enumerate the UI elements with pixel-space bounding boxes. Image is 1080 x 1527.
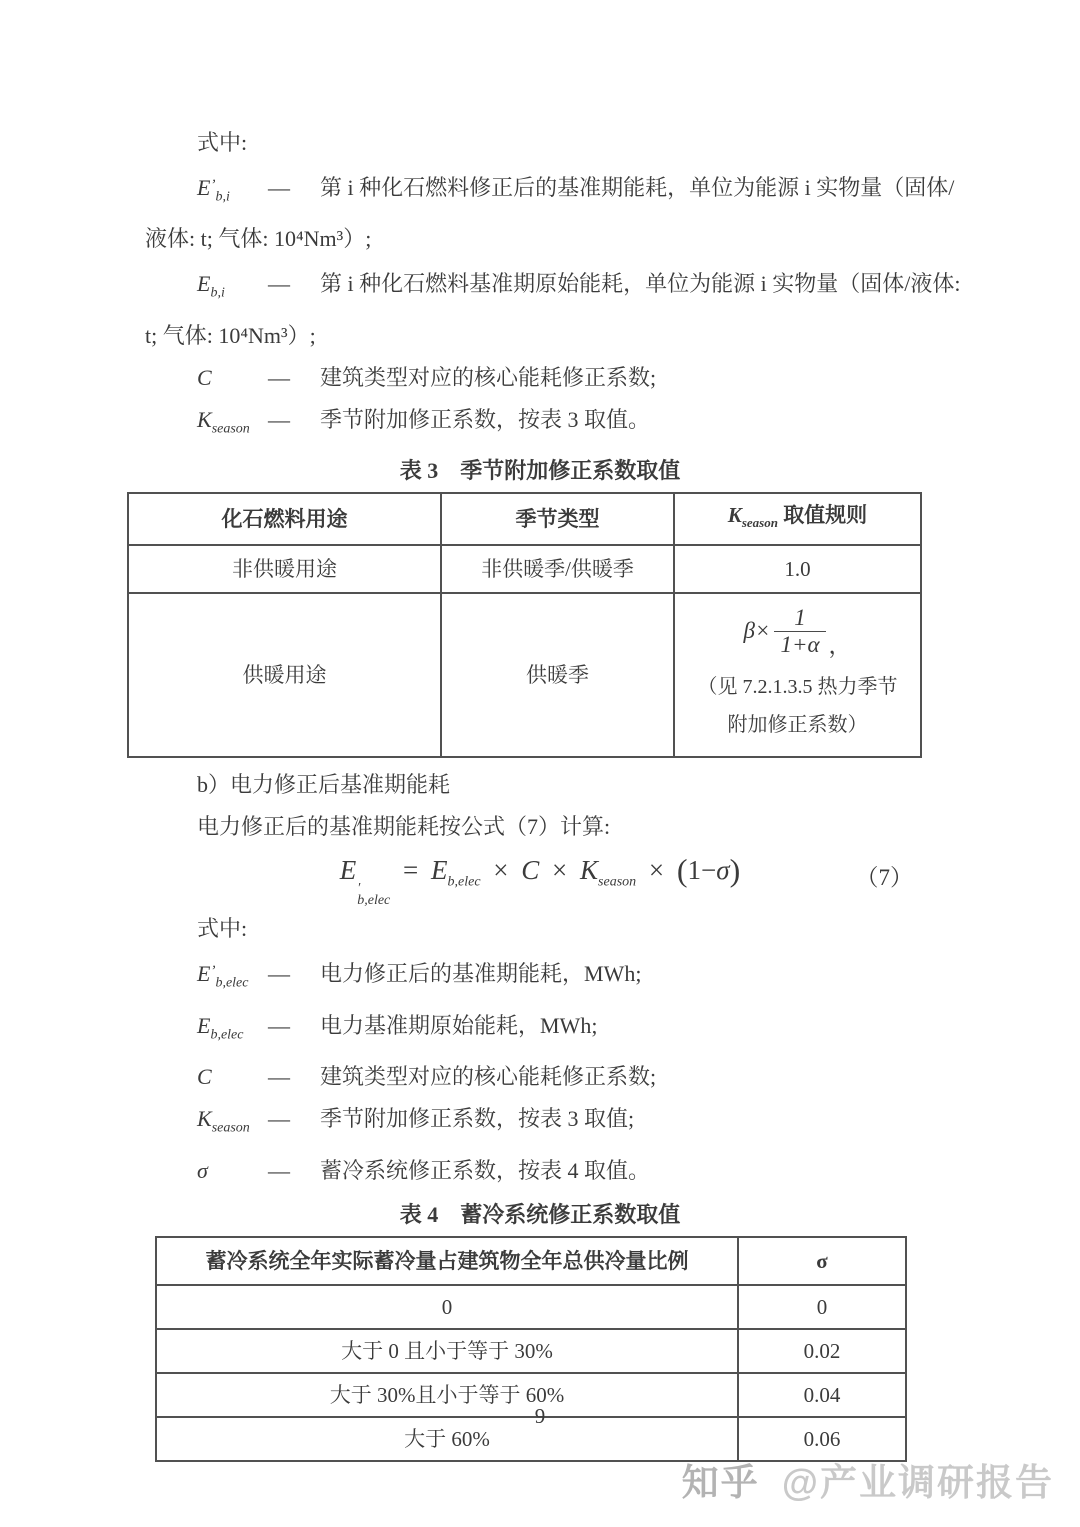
- symbol-e-prime-bi: E’b,i: [197, 164, 268, 218]
- cell-kseason-formula: β× 1 1+α ， （见 7.2.1.3.5 热力季节附加修正系数）: [674, 593, 921, 757]
- cell-ratio: 0: [156, 1285, 738, 1329]
- cell-ratio: 大于 0 且小于等于 30%: [156, 1329, 738, 1373]
- cell-fuel-use: 供暖用途: [128, 593, 441, 757]
- symbol-kseason: Kseason: [197, 1098, 268, 1149]
- formula7-intro: 电力修正后的基准期能耗按公式（7）计算:: [145, 806, 935, 848]
- where-clause-label-2: 式中:: [145, 908, 935, 950]
- table4-row-zero: 0 0: [156, 1285, 906, 1329]
- symbol-base: K: [197, 407, 212, 432]
- definition-dash: —: [268, 1150, 320, 1192]
- symbol-kseason: Kseason: [197, 399, 268, 450]
- definition-row-e-belec: Eb,elec — 电力基准期原始能耗，MWh;: [145, 1005, 935, 1056]
- table3-header-season-type: 季节类型: [441, 493, 674, 545]
- cell-season-type: 非供暖季/供暖季: [441, 545, 674, 593]
- symbol-subscript: b,elec: [215, 976, 248, 991]
- kseason-formula: β× 1 1+α ，: [679, 605, 916, 658]
- definition-row-c2: C — 建筑类型对应的核心能耗修正系数;: [145, 1056, 935, 1098]
- symbol-subscript: b,i: [215, 189, 229, 204]
- definition-row-c: C — 建筑类型对应的核心能耗修正系数;: [145, 357, 935, 399]
- symbol-base: C: [197, 1064, 212, 1089]
- symbol-c: C: [197, 357, 268, 399]
- kseason-symbol: K: [728, 503, 742, 527]
- cell-fuel-use: 非供暖用途: [128, 545, 441, 593]
- cell-sigma: 0.02: [738, 1329, 906, 1373]
- lhs-base: E: [340, 855, 357, 885]
- fraction-denominator: 1+α: [774, 631, 825, 658]
- symbol-subscript: season: [212, 421, 250, 436]
- lhs-prime-subscript: ′b,elec: [357, 883, 390, 907]
- formula-7-row: E′b,elec = Eb,elec × C × Kseason × (1−σ)…: [145, 848, 935, 908]
- symbol-e-belec: Eb,elec: [197, 1005, 268, 1056]
- formula-7: E′b,elec = Eb,elec × C × Kseason × (1−σ): [340, 849, 741, 907]
- c-symbol: C: [521, 855, 539, 885]
- where-clause-label-1: 式中:: [145, 122, 935, 164]
- symbol-subscript: season: [212, 1121, 250, 1136]
- table4-header-ratio: 蓄冷系统全年实际蓄冷量占建筑物全年总供冷量比例: [156, 1237, 738, 1285]
- rhs-base: E: [431, 855, 448, 885]
- definition-row-kseason: Kseason — 季节附加修正系数，按表 3 取值。: [145, 399, 935, 450]
- fraction-numerator: 1: [774, 605, 825, 631]
- definition-continuation: 液体: t; 气体: 10⁴Nm³）;: [145, 218, 935, 260]
- beta-times: β×: [743, 619, 770, 643]
- definition-row-e-prime-bi: E’b,i — 第 i 种化石燃料修正后的基准期能耗，单位为能源 i 实物量（固…: [145, 164, 935, 218]
- symbol-c: C: [197, 1056, 268, 1098]
- subsection-b-heading: b）电力修正后基准期能耗: [145, 764, 935, 806]
- watermark-brand: 知乎: [682, 1462, 760, 1503]
- rhs-subscript: b,elec: [448, 875, 481, 890]
- page-number: 9: [0, 1404, 1080, 1429]
- cell-season-type: 供暖季: [441, 593, 674, 757]
- definition-text: 电力修正后的基准期能耗，MWh;: [320, 953, 935, 995]
- definition-text: 建筑类型对应的核心能耗修正系数;: [320, 357, 935, 399]
- cell-kseason-value: 1.0: [674, 545, 921, 593]
- definition-text: 建筑类型对应的核心能耗修正系数;: [320, 1056, 935, 1098]
- definition-dash: —: [268, 1005, 320, 1047]
- symbol-base: E: [197, 961, 210, 986]
- k-subscript: season: [598, 875, 636, 890]
- table4-header-sigma: σ: [738, 1237, 906, 1285]
- table3-header-fuel-use: 化石燃料用途: [128, 493, 441, 545]
- table4-header-row: 蓄冷系统全年实际蓄冷量占建筑物全年总供冷量比例 σ: [156, 1237, 906, 1285]
- table4-caption: 表 4 蓄冷系统修正系数取值: [145, 1194, 935, 1236]
- watermark-handle: @产业调研报告: [782, 1462, 1054, 1503]
- definition-dash: —: [268, 1098, 320, 1140]
- times-sign: ×: [487, 855, 514, 885]
- equals-sign: =: [397, 855, 424, 885]
- definition-row-e-bi: Eb,i — 第 i 种化石燃料基准期原始能耗，单位为能源 i 实物量（固体/液…: [145, 260, 935, 314]
- definition-dash: —: [268, 263, 320, 305]
- symbol-e-bi: Eb,i: [197, 260, 268, 314]
- definition-text: 电力基准期原始能耗，MWh;: [320, 1005, 935, 1047]
- times-sign: ×: [546, 855, 573, 885]
- symbol-base: K: [197, 1106, 212, 1131]
- table3-caption: 表 3 季节附加修正系数取值: [145, 450, 935, 492]
- symbol-sigma: σ: [197, 1150, 268, 1192]
- k-symbol: K: [580, 855, 598, 885]
- document-page: 式中: E’b,i — 第 i 种化石燃料修正后的基准期能耗，单位为能源 i 实…: [0, 0, 1080, 1527]
- watermark: 知乎 @产业调研报告: [682, 1452, 1054, 1506]
- symbol-base: E: [197, 271, 210, 296]
- table3-row-non-heating: 非供暖用途 非供暖季/供暖季 1.0: [128, 545, 921, 593]
- document-content: 式中: E’b,i — 第 i 种化石燃料修正后的基准期能耗，单位为能源 i 实…: [145, 122, 935, 1462]
- table3: 化石燃料用途 季节类型 Kseason 取值规则 非供暖用途 非供暖季/供暖季 …: [127, 492, 922, 758]
- definition-text: 季节附加修正系数，按表 3 取值。: [320, 399, 935, 441]
- symbol-base: E: [197, 175, 210, 200]
- definition-text: 季节附加修正系数，按表 3 取值;: [320, 1098, 935, 1140]
- one-minus: 1−: [688, 855, 717, 885]
- definition-row-e-prime-belec: E’b,elec — 电力修正后的基准期能耗，MWh;: [145, 950, 935, 1004]
- formula-comma: ，: [829, 634, 852, 658]
- formula-number: （7）: [856, 857, 914, 899]
- times-sign: ×: [643, 855, 670, 885]
- cell-sigma: 0: [738, 1285, 906, 1329]
- definition-text: 第 i 种化石燃料修正后的基准期能耗，单位为能源 i 实物量（固体/: [320, 167, 954, 209]
- table3-header-kseason-rule: Kseason 取值规则: [674, 493, 921, 545]
- sigma-symbol: σ: [716, 855, 729, 885]
- lhs-subscript: b,elec: [357, 895, 390, 907]
- close-paren: ): [730, 852, 741, 888]
- table4-row-0-30: 大于 0 且小于等于 30% 0.02: [156, 1329, 906, 1373]
- definition-dash: —: [268, 399, 320, 441]
- symbol-subscript: b,elec: [210, 1027, 243, 1042]
- definition-text: 蓄冷系统修正系数，按表 4 取值。: [320, 1150, 935, 1192]
- symbol-base: σ: [197, 1158, 208, 1183]
- kseason-subscript: season: [742, 515, 778, 530]
- definition-text: 第 i 种化石燃料基准期原始能耗，单位为能源 i 实物量（固体/液体:: [320, 263, 960, 305]
- definition-row-sigma: σ — 蓄冷系统修正系数，按表 4 取值。: [145, 1150, 935, 1192]
- kseason-note: （见 7.2.1.3.5 热力季节附加修正系数）: [679, 668, 916, 750]
- table3-row-heating: 供暖用途 供暖季 β× 1 1+α ， （见 7.2.1.3.5 热力季节附加修…: [128, 593, 921, 757]
- definition-dash: —: [268, 953, 320, 995]
- table3-header-row: 化石燃料用途 季节类型 Kseason 取值规则: [128, 493, 921, 545]
- fraction: 1 1+α: [774, 605, 825, 658]
- kseason-rule-label: 取值规则: [778, 503, 867, 527]
- definition-dash: —: [268, 1056, 320, 1098]
- definition-dash: —: [268, 357, 320, 399]
- symbol-base: E: [197, 1013, 210, 1038]
- symbol-base: C: [197, 365, 212, 390]
- definition-continuation: t; 气体: 10⁴Nm³）;: [145, 315, 935, 357]
- symbol-e-prime-belec: E’b,elec: [197, 950, 268, 1004]
- definition-dash: —: [268, 167, 320, 209]
- symbol-subscript: b,i: [210, 286, 224, 301]
- open-paren: (: [677, 852, 688, 888]
- definition-row-kseason2: Kseason — 季节附加修正系数，按表 3 取值;: [145, 1098, 935, 1149]
